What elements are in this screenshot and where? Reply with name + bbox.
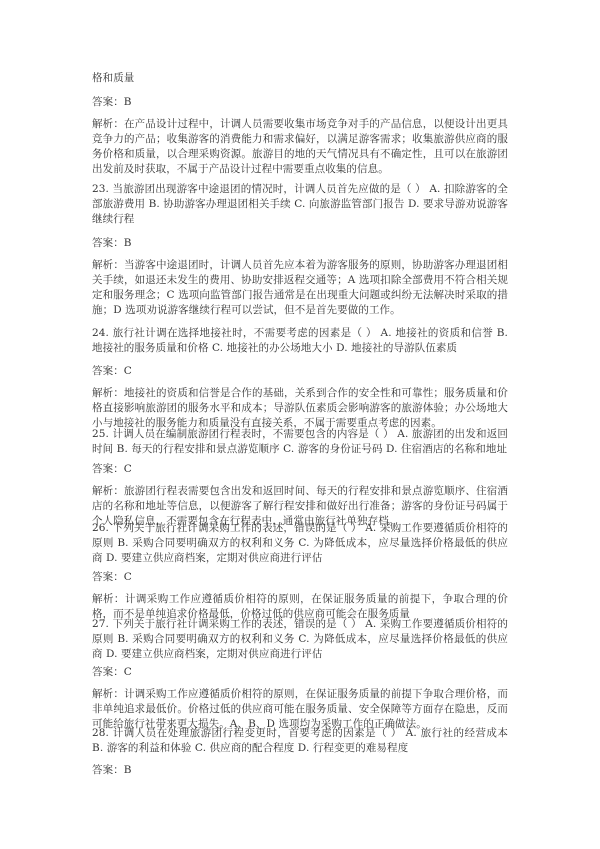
answer: 答案：B bbox=[92, 95, 508, 110]
question-25: 25. 计调人员在编制旅游团行程表时，不需要包含的内容是（ ） A. 旅游团的出… bbox=[92, 427, 508, 457]
question-23: 23. 当旅游团出现游客中途退团的情况时，计调人员首先应做的是（ ） A. 扣除… bbox=[92, 182, 508, 227]
answer-25: 答案：C bbox=[92, 462, 508, 477]
question-26: 26. 下列关于旅行社计调采购工作的表述，错误的是（ ） A. 采购工作要遵循质… bbox=[92, 521, 508, 566]
analysis-23: 解析：当游客中途退团时，计调人员首先应本着为游客服务的原则，协助游客办理退团相关… bbox=[92, 258, 508, 318]
answer-28: 答案：B bbox=[92, 763, 508, 778]
analysis-24: 解析：地接社的资质和信誉是合作的基础，关系到合作的安全性和可靠性；服务质量和价格… bbox=[92, 386, 508, 431]
answer-24: 答案：C bbox=[92, 364, 508, 379]
question-28: 28. 计调人员在处理旅游团行程变更时，首要考虑的因素是（ ） A. 旅行社的经… bbox=[92, 726, 508, 756]
answer-27: 答案：C bbox=[92, 665, 508, 680]
answer-26: 答案：C bbox=[92, 570, 508, 585]
continuation-tail: 格和质量 bbox=[92, 71, 508, 86]
question-27: 27. 下列关于旅行社计调采购工作的表述，错误的是（ ） A. 采购工作要遵循质… bbox=[92, 617, 508, 662]
answer-23: 答案：B bbox=[92, 236, 508, 251]
question-24: 24. 旅行社计调在选择地接社时，不需要考虑的因素是（ ） A. 地接社的资质和… bbox=[92, 326, 508, 356]
analysis: 解析：在产品设计过程中，计调人员需要收集市场竞争对手的产品信息，以便设计出更具竞… bbox=[92, 117, 508, 177]
